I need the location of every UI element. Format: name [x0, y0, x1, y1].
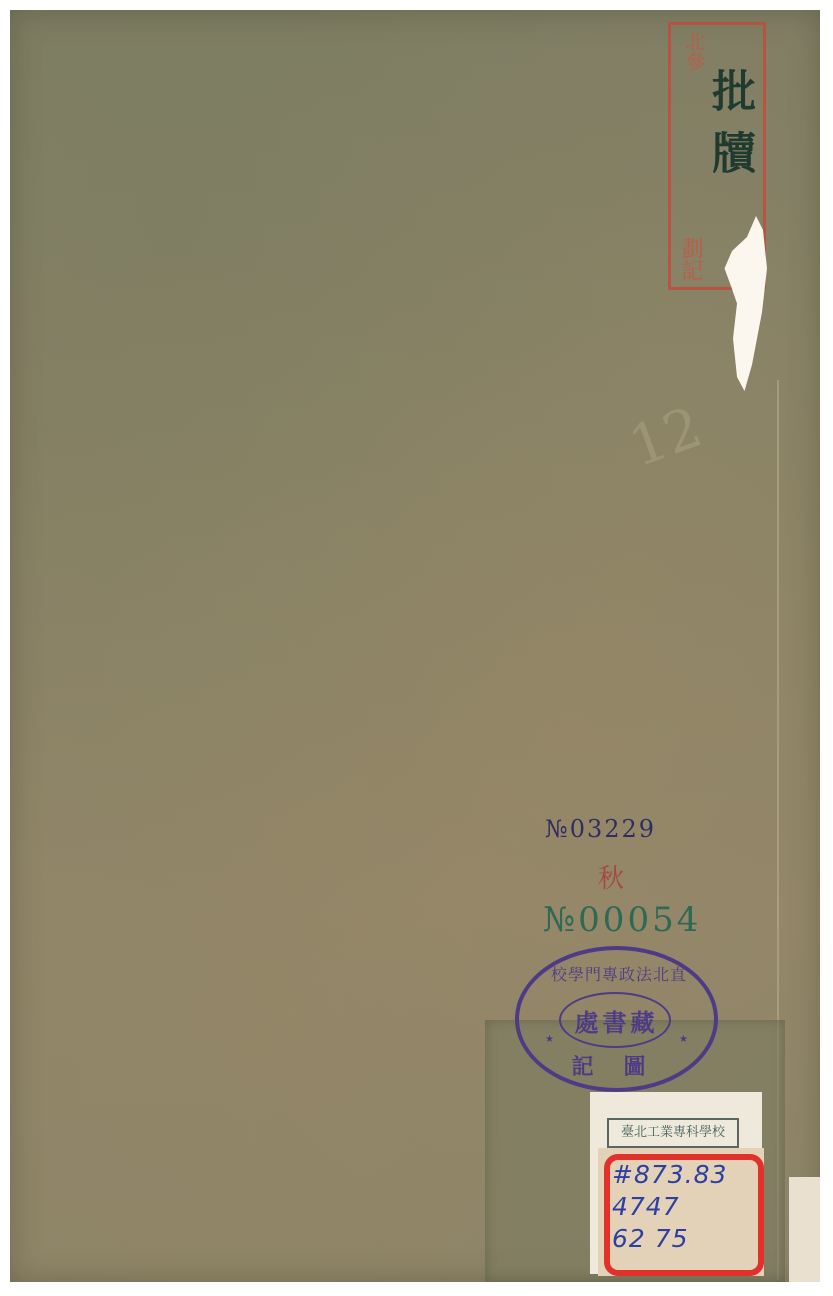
library-stamp: 校學門專政法北直 處書藏 ★ ★ 記圖 [515, 946, 718, 1092]
book-title: 批牘 [690, 68, 760, 192]
stamp-center-text: 處書藏 [519, 1003, 714, 1038]
frame-bottom-text: 劃記 [677, 237, 703, 281]
call-number-line: 4747 [612, 1192, 680, 1221]
star-icon: ★ [679, 1034, 688, 1045]
stamp-arc-text: 校學門專政法北直 [539, 962, 699, 985]
stamp-bottom-text: 記圖 [519, 1050, 714, 1081]
accession-number: №03229 [545, 815, 656, 843]
call-number-line: 62 75 [612, 1224, 689, 1253]
frame-top-text: 北參 [675, 31, 705, 71]
paper-strip [789, 1177, 820, 1282]
call-number-line: #873.83 [612, 1160, 727, 1189]
serial-number: №00054 [543, 900, 701, 940]
school-name-box: 臺北工業專科學校 [607, 1118, 739, 1148]
season-mark: 秋 [598, 858, 624, 895]
star-icon: ★ [545, 1034, 554, 1045]
